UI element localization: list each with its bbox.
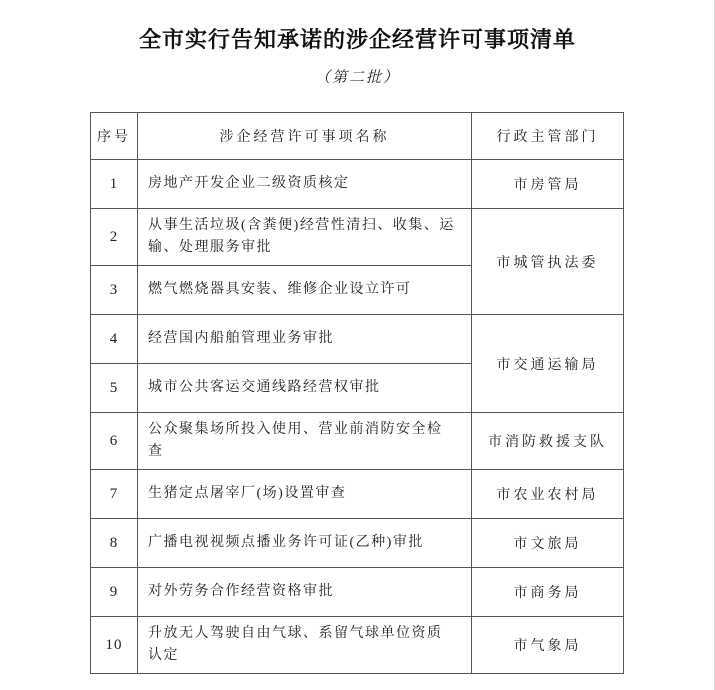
- page-subtitle: （第二批）: [0, 70, 715, 86]
- column-header-dept: 行政主管部门: [472, 113, 624, 160]
- item-name: 城市公共客运交通线路经营权审批: [138, 364, 472, 413]
- column-header-item: 涉企经营许可事项名称: [138, 113, 472, 160]
- department: 市城管执法委: [472, 209, 624, 315]
- department: 市农业农村局: [472, 470, 624, 519]
- row-number: 2: [91, 209, 138, 266]
- row-number: 9: [91, 568, 138, 617]
- table-row: 10 升放无人驾驶自由气球、系留气球单位资质 认定 市气象局: [91, 617, 624, 674]
- department: 市气象局: [472, 617, 624, 674]
- item-name: 从事生活垃圾(含粪便)经营性清扫、收集、运 输、处理服务审批: [138, 209, 472, 266]
- table-row: 8 广播电视视频点播业务许可证(乙种)审批 市文旅局: [91, 519, 624, 568]
- department: 市交通运输局: [472, 315, 624, 413]
- row-number: 7: [91, 470, 138, 519]
- page-title: 全市实行告知承诺的涉企经营许可事项清单: [0, 27, 715, 53]
- license-items-table: 序号 涉企经营许可事项名称 行政主管部门 1 房地产开发企业二级资质核定 市房管…: [90, 112, 624, 674]
- item-name: 房地产开发企业二级资质核定: [138, 160, 472, 209]
- table-row: 2 从事生活垃圾(含粪便)经营性清扫、收集、运 输、处理服务审批 市城管执法委: [91, 209, 624, 266]
- table-header-row: 序号 涉企经营许可事项名称 行政主管部门: [91, 113, 624, 160]
- row-number: 4: [91, 315, 138, 364]
- document-page: 全市实行告知承诺的涉企经营许可事项清单 （第二批） 序号 涉企经营许可事项名称 …: [0, 27, 715, 674]
- row-number: 6: [91, 413, 138, 470]
- item-name: 燃气燃烧器具安装、维修企业设立许可: [138, 266, 472, 315]
- department: 市房管局: [472, 160, 624, 209]
- item-name: 生猪定点屠宰厂(场)设置审查: [138, 470, 472, 519]
- item-name: 广播电视视频点播业务许可证(乙种)审批: [138, 519, 472, 568]
- item-name: 公众聚集场所投入使用、营业前消防安全检 查: [138, 413, 472, 470]
- row-number: 3: [91, 266, 138, 315]
- row-number: 1: [91, 160, 138, 209]
- table-row: 1 房地产开发企业二级资质核定 市房管局: [91, 160, 624, 209]
- row-number: 8: [91, 519, 138, 568]
- department: 市文旅局: [472, 519, 624, 568]
- table-row: 9 对外劳务合作经营资格审批 市商务局: [91, 568, 624, 617]
- department: 市商务局: [472, 568, 624, 617]
- item-name: 升放无人驾驶自由气球、系留气球单位资质 认定: [138, 617, 472, 674]
- table-row: 4 经营国内船舶管理业务审批 市交通运输局: [91, 315, 624, 364]
- table-row: 6 公众聚集场所投入使用、营业前消防安全检 查 市消防救援支队: [91, 413, 624, 470]
- item-name: 经营国内船舶管理业务审批: [138, 315, 472, 364]
- row-number: 10: [91, 617, 138, 674]
- column-header-no: 序号: [91, 113, 138, 160]
- item-name: 对外劳务合作经营资格审批: [138, 568, 472, 617]
- row-number: 5: [91, 364, 138, 413]
- table-row: 7 生猪定点屠宰厂(场)设置审查 市农业农村局: [91, 470, 624, 519]
- department: 市消防救援支队: [472, 413, 624, 470]
